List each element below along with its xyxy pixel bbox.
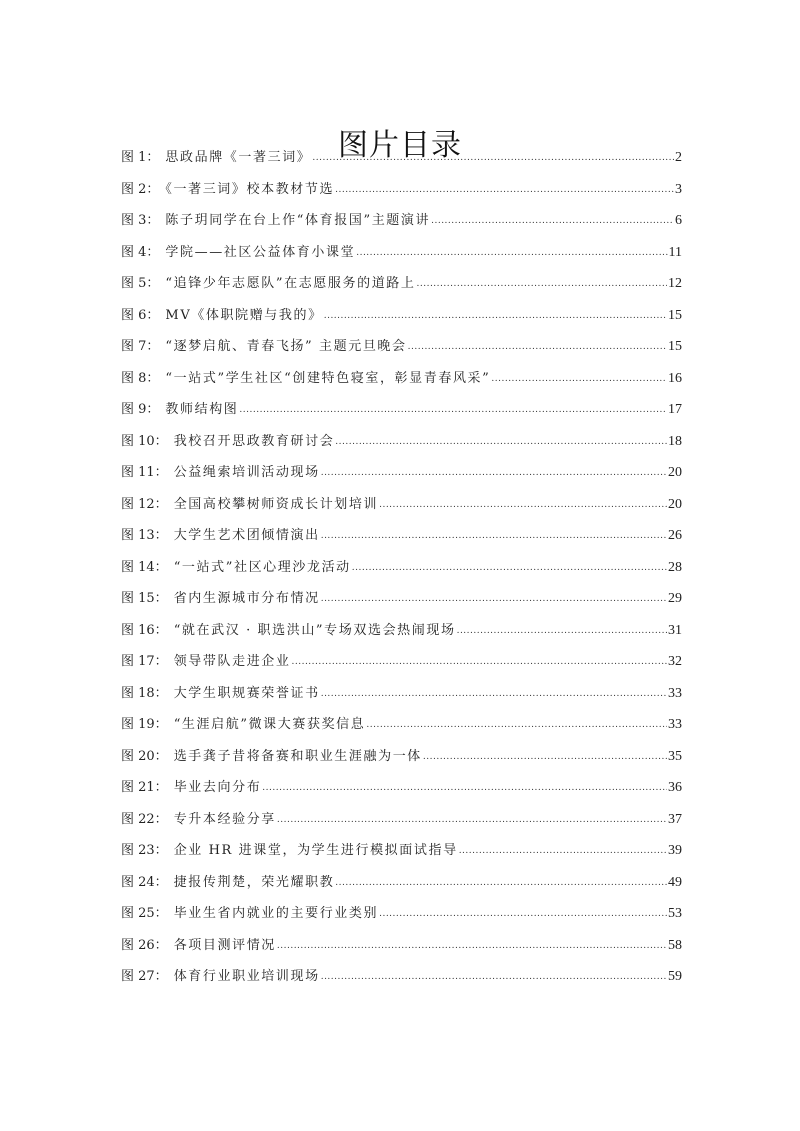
toc-entry-page: 11 — [669, 241, 682, 265]
toc-entry-page: 35 — [668, 745, 682, 769]
toc-entry-label: 图 5：“追锋少年志愿队”在志愿服务的道路上 — [121, 272, 416, 296]
toc-entry-title: 大学生职规赛荣誉证书 — [174, 686, 320, 701]
toc-entry-number: 图 15： — [121, 591, 168, 606]
toc-entry-title: “逐梦启航、青春飞扬” 主题元旦晚会 — [165, 339, 406, 354]
toc-entry[interactable]: 图 12：全国高校攀树师资成长计划培训 20 — [121, 493, 682, 525]
toc-entry-number: 图 7： — [121, 339, 159, 354]
toc-entry-title: “就在武汉 · 职选洪山”专场双选会热闹现场 — [174, 623, 456, 638]
toc-entry-number: 图 11： — [121, 465, 168, 480]
toc-entry[interactable]: 图 26：各项目测评情况 58 — [121, 934, 682, 966]
toc-entry-page: 15 — [668, 304, 682, 328]
toc-entry[interactable]: 图 21：毕业去向分布 36 — [121, 776, 682, 808]
toc-entry-number: 图 10： — [121, 434, 168, 449]
toc-entry-number: 图 16： — [121, 623, 168, 638]
dot-leader — [321, 587, 667, 611]
toc-entry-title: 公益绳索培训活动现场 — [174, 465, 320, 480]
toc-entry-label: 图 19：“生涯启航”微课大赛获奖信息 — [121, 713, 365, 737]
dot-leader — [262, 776, 667, 800]
toc-entry-number: 图 18： — [121, 686, 168, 701]
dot-leader — [321, 524, 667, 548]
toc-entry-page: 36 — [668, 776, 682, 800]
toc-entry-page: 18 — [668, 430, 682, 454]
toc-entry[interactable]: 图 18：大学生职规赛荣誉证书 33 — [121, 682, 682, 714]
dot-leader — [324, 304, 667, 328]
dot-leader — [352, 556, 667, 580]
toc-entry[interactable]: 图 14：“一站式”社区心理沙龙活动 28 — [121, 556, 682, 588]
toc-entry-number: 图 6： — [121, 308, 159, 323]
toc-entry-page: 53 — [668, 902, 682, 926]
dot-leader — [459, 839, 667, 863]
toc-entry-number: 图 5： — [121, 276, 159, 291]
toc-entry-label: 图 7：“逐梦启航、青春飞扬” 主题元旦晚会 — [121, 335, 407, 359]
toc-entry-title: 我校召开思政教育研讨会 — [174, 434, 335, 449]
toc-entry-page: 15 — [668, 335, 682, 359]
toc-entry-title: 《一著三词》校本教材节选 — [165, 182, 334, 197]
toc-entry-title: 选手龚子昔将备赛和职业生涯融为一体 — [174, 749, 422, 764]
toc-entry-title: 思政品牌《一著三词》 — [165, 150, 311, 165]
toc-entry-page: 31 — [668, 619, 682, 643]
toc-entry-label: 图 10：我校召开思政教育研讨会 — [121, 430, 334, 454]
toc-entry-page: 20 — [668, 461, 682, 485]
toc-entry-label: 图 12：全国高校攀树师资成长计划培训 — [121, 493, 378, 517]
toc-entry-number: 图 9： — [121, 402, 159, 417]
toc-entry[interactable]: 图 3：陈子玥同学在台上作“体育报国”主题演讲 6 — [121, 209, 682, 241]
toc-entry-number: 图 1： — [121, 150, 159, 165]
toc-entry[interactable]: 图 8：“一站式”学生社区“创建特色寝室，彰显青春风采” 16 — [121, 367, 682, 399]
toc-entry[interactable]: 图 17：领导带队走进企业 32 — [121, 650, 682, 682]
toc-entry-label: 图 15：省内生源城市分布情况 — [121, 587, 320, 611]
dot-leader — [335, 178, 674, 202]
toc-entry[interactable]: 图 10：我校召开思政教育研讨会 18 — [121, 430, 682, 462]
toc-entry-page: 33 — [668, 682, 682, 706]
toc-entry[interactable]: 图 1：思政品牌《一著三词》 2 — [121, 146, 682, 178]
toc-entry-title: 省内生源城市分布情况 — [174, 591, 320, 606]
toc-entry-title: 学院——社区公益体育小课堂 — [165, 245, 355, 260]
toc-entry[interactable]: 图 9：教师结构图 17 — [121, 398, 682, 430]
toc-entry-page: 6 — [675, 209, 682, 233]
toc-entry-label: 图 22：专升本经验分享 — [121, 808, 276, 832]
toc-entry-number: 图 21： — [121, 780, 168, 795]
toc-entry-title: 捷报传荆楚，荣光耀职教 — [174, 875, 335, 890]
toc-entry-number: 图 17： — [121, 654, 168, 669]
toc-entry-title: “一站式”社区心理沙龙活动 — [174, 560, 351, 575]
toc-entry-number: 图 13： — [121, 528, 168, 543]
toc-entry-page: 39 — [668, 839, 682, 863]
toc-entry-page: 26 — [668, 524, 682, 548]
toc-entry[interactable]: 图 20：选手龚子昔将备赛和职业生涯融为一体 35 — [121, 745, 682, 777]
toc-entry-page: 17 — [668, 398, 682, 422]
toc-entry-label: 图 4：学院——社区公益体育小课堂 — [121, 241, 355, 265]
dot-leader — [335, 871, 667, 895]
toc-entry-page: 32 — [668, 650, 682, 674]
toc-entry[interactable]: 图 19：“生涯启航”微课大赛获奖信息 33 — [121, 713, 682, 745]
toc-entry-title: 全国高校攀树师资成长计划培训 — [174, 497, 378, 512]
dot-leader — [379, 493, 667, 517]
toc-entry-label: 图 14：“一站式”社区心理沙龙活动 — [121, 556, 351, 580]
toc-entry-label: 图 25：毕业生省内就业的主要行业类别 — [121, 902, 378, 926]
toc-entry-title: 教师结构图 — [165, 402, 238, 417]
toc-entry-label: 图 23：企业 HR 进课堂，为学生进行模拟面试指导 — [121, 839, 458, 863]
toc-entry-title: 陈子玥同学在台上作“体育报国”主题演讲 — [165, 213, 430, 228]
dot-leader — [321, 965, 667, 989]
dot-leader — [408, 335, 667, 359]
toc-entry-number: 图 14： — [121, 560, 168, 575]
figure-table-of-contents: 图 1：思政品牌《一著三词》 2 图 2：《一著三词》校本教材节选 3 图 3：… — [121, 146, 682, 997]
toc-entry-title: 企业 HR 进课堂，为学生进行模拟面试指导 — [174, 843, 458, 858]
toc-entry-label: 图 17：领导带队走进企业 — [121, 650, 291, 674]
toc-entry[interactable]: 图 5：“追锋少年志愿队”在志愿服务的道路上 12 — [121, 272, 682, 304]
toc-entry-number: 图 25： — [121, 906, 168, 921]
toc-entry-title: 各项目测评情况 — [174, 938, 276, 953]
toc-entry[interactable]: 图 22：专升本经验分享 37 — [121, 808, 682, 840]
toc-entry-number: 图 4： — [121, 245, 159, 260]
toc-entry-title: 大学生艺术团倾情演出 — [174, 528, 320, 543]
toc-entry[interactable]: 图 4：学院——社区公益体育小课堂 11 — [121, 241, 682, 273]
toc-entry[interactable]: 图 7：“逐梦启航、青春飞扬” 主题元旦晚会 15 — [121, 335, 682, 367]
toc-entry-number: 图 20： — [121, 749, 168, 764]
toc-entry-page: 20 — [668, 493, 682, 517]
toc-entry[interactable]: 图 15：省内生源城市分布情况 29 — [121, 587, 682, 619]
toc-entry-title: 专升本经验分享 — [174, 812, 276, 827]
toc-entry-label: 图 13：大学生艺术团倾情演出 — [121, 524, 320, 548]
dot-leader — [379, 902, 667, 926]
toc-entry-title: “追锋少年志愿队”在志愿服务的道路上 — [165, 276, 415, 291]
dot-leader — [423, 745, 667, 769]
dot-leader — [321, 461, 667, 485]
toc-entry-number: 图 8： — [121, 371, 159, 386]
toc-entry-label: 图 11：公益绳索培训活动现场 — [121, 461, 320, 485]
toc-entry-label: 图 3：陈子玥同学在台上作“体育报国”主题演讲 — [121, 209, 430, 233]
toc-entry-label: 图 1：思政品牌《一著三词》 — [121, 146, 311, 170]
dot-leader — [335, 430, 667, 454]
toc-entry[interactable]: 图 11：公益绳索培训活动现场 20 — [121, 461, 682, 493]
toc-entry[interactable]: 图 25：毕业生省内就业的主要行业类别 53 — [121, 902, 682, 934]
dot-leader — [312, 146, 674, 170]
dot-leader — [277, 934, 667, 958]
dot-leader — [431, 209, 674, 233]
toc-entry-page: 33 — [668, 713, 682, 737]
toc-entry-page: 49 — [668, 871, 682, 895]
toc-entry-title: MV《体职院赠与我的》 — [165, 308, 322, 323]
dot-leader — [356, 241, 667, 265]
toc-entry-page: 12 — [668, 272, 682, 296]
toc-entry-page: 2 — [675, 146, 682, 170]
toc-entry-title: “一站式”学生社区“创建特色寝室，彰显青春风采” — [165, 371, 490, 386]
toc-entry-label: 图 8：“一站式”学生社区“创建特色寝室，彰显青春风采” — [121, 367, 490, 391]
toc-entry[interactable]: 图 16：“就在武汉 · 职选洪山”专场双选会热闹现场 31 — [121, 619, 682, 651]
toc-entry-title: 毕业去向分布 — [174, 780, 262, 795]
toc-entry-title: 领导带队走进企业 — [174, 654, 291, 669]
toc-entry-page: 59 — [668, 965, 682, 989]
toc-entry-label: 图 27：体育行业职业培训现场 — [121, 965, 320, 989]
toc-entry-page: 16 — [668, 367, 682, 391]
toc-entry-number: 图 22： — [121, 812, 168, 827]
toc-entry[interactable]: 图 2：《一著三词》校本教材节选 3 — [121, 178, 682, 210]
toc-entry-label: 图 26：各项目测评情况 — [121, 934, 276, 958]
dot-leader — [292, 650, 668, 674]
dot-leader — [457, 619, 667, 643]
toc-entry-label: 图 9：教师结构图 — [121, 398, 238, 422]
toc-entry-number: 图 26： — [121, 938, 168, 953]
dot-leader — [321, 682, 667, 706]
dot-leader — [239, 398, 667, 422]
dot-leader — [491, 367, 667, 391]
toc-entry-number: 图 3： — [121, 213, 159, 228]
toc-entry-number: 图 12： — [121, 497, 168, 512]
dot-leader — [366, 713, 667, 737]
toc-entry-label: 图 21：毕业去向分布 — [121, 776, 261, 800]
toc-entry-number: 图 2： — [121, 182, 159, 197]
toc-entry[interactable]: 图 27：体育行业职业培训现场 59 — [121, 965, 682, 997]
toc-entry-number: 图 23： — [121, 843, 168, 858]
toc-entry[interactable]: 图 24：捷报传荆楚，荣光耀职教 49 — [121, 871, 682, 903]
toc-entry-number: 图 27： — [121, 969, 168, 984]
toc-entry-title: 体育行业职业培训现场 — [174, 969, 320, 984]
toc-entry-page: 28 — [668, 556, 682, 580]
toc-entry-label: 图 6：MV《体职院赠与我的》 — [121, 304, 323, 328]
toc-entry-label: 图 20：选手龚子昔将备赛和职业生涯融为一体 — [121, 745, 422, 769]
toc-entry-label: 图 2：《一著三词》校本教材节选 — [121, 178, 334, 202]
toc-entry-label: 图 16：“就在武汉 · 职选洪山”专场双选会热闹现场 — [121, 619, 456, 643]
toc-entry[interactable]: 图 6：MV《体职院赠与我的》 15 — [121, 304, 682, 336]
toc-entry-label: 图 18：大学生职规赛荣誉证书 — [121, 682, 320, 706]
toc-entry-page: 58 — [668, 934, 682, 958]
toc-entry-page: 29 — [668, 587, 682, 611]
toc-entry-title: 毕业生省内就业的主要行业类别 — [174, 906, 378, 921]
dot-leader — [417, 272, 668, 296]
toc-entry[interactable]: 图 23：企业 HR 进课堂，为学生进行模拟面试指导 39 — [121, 839, 682, 871]
toc-entry[interactable]: 图 13：大学生艺术团倾情演出 26 — [121, 524, 682, 556]
toc-entry-title: “生涯启航”微课大赛获奖信息 — [174, 717, 366, 732]
toc-entry-label: 图 24：捷报传荆楚，荣光耀职教 — [121, 871, 334, 895]
toc-entry-number: 图 24： — [121, 875, 168, 890]
toc-entry-number: 图 19： — [121, 717, 168, 732]
toc-entry-page: 3 — [675, 178, 682, 202]
dot-leader — [277, 808, 667, 832]
toc-entry-page: 37 — [668, 808, 682, 832]
